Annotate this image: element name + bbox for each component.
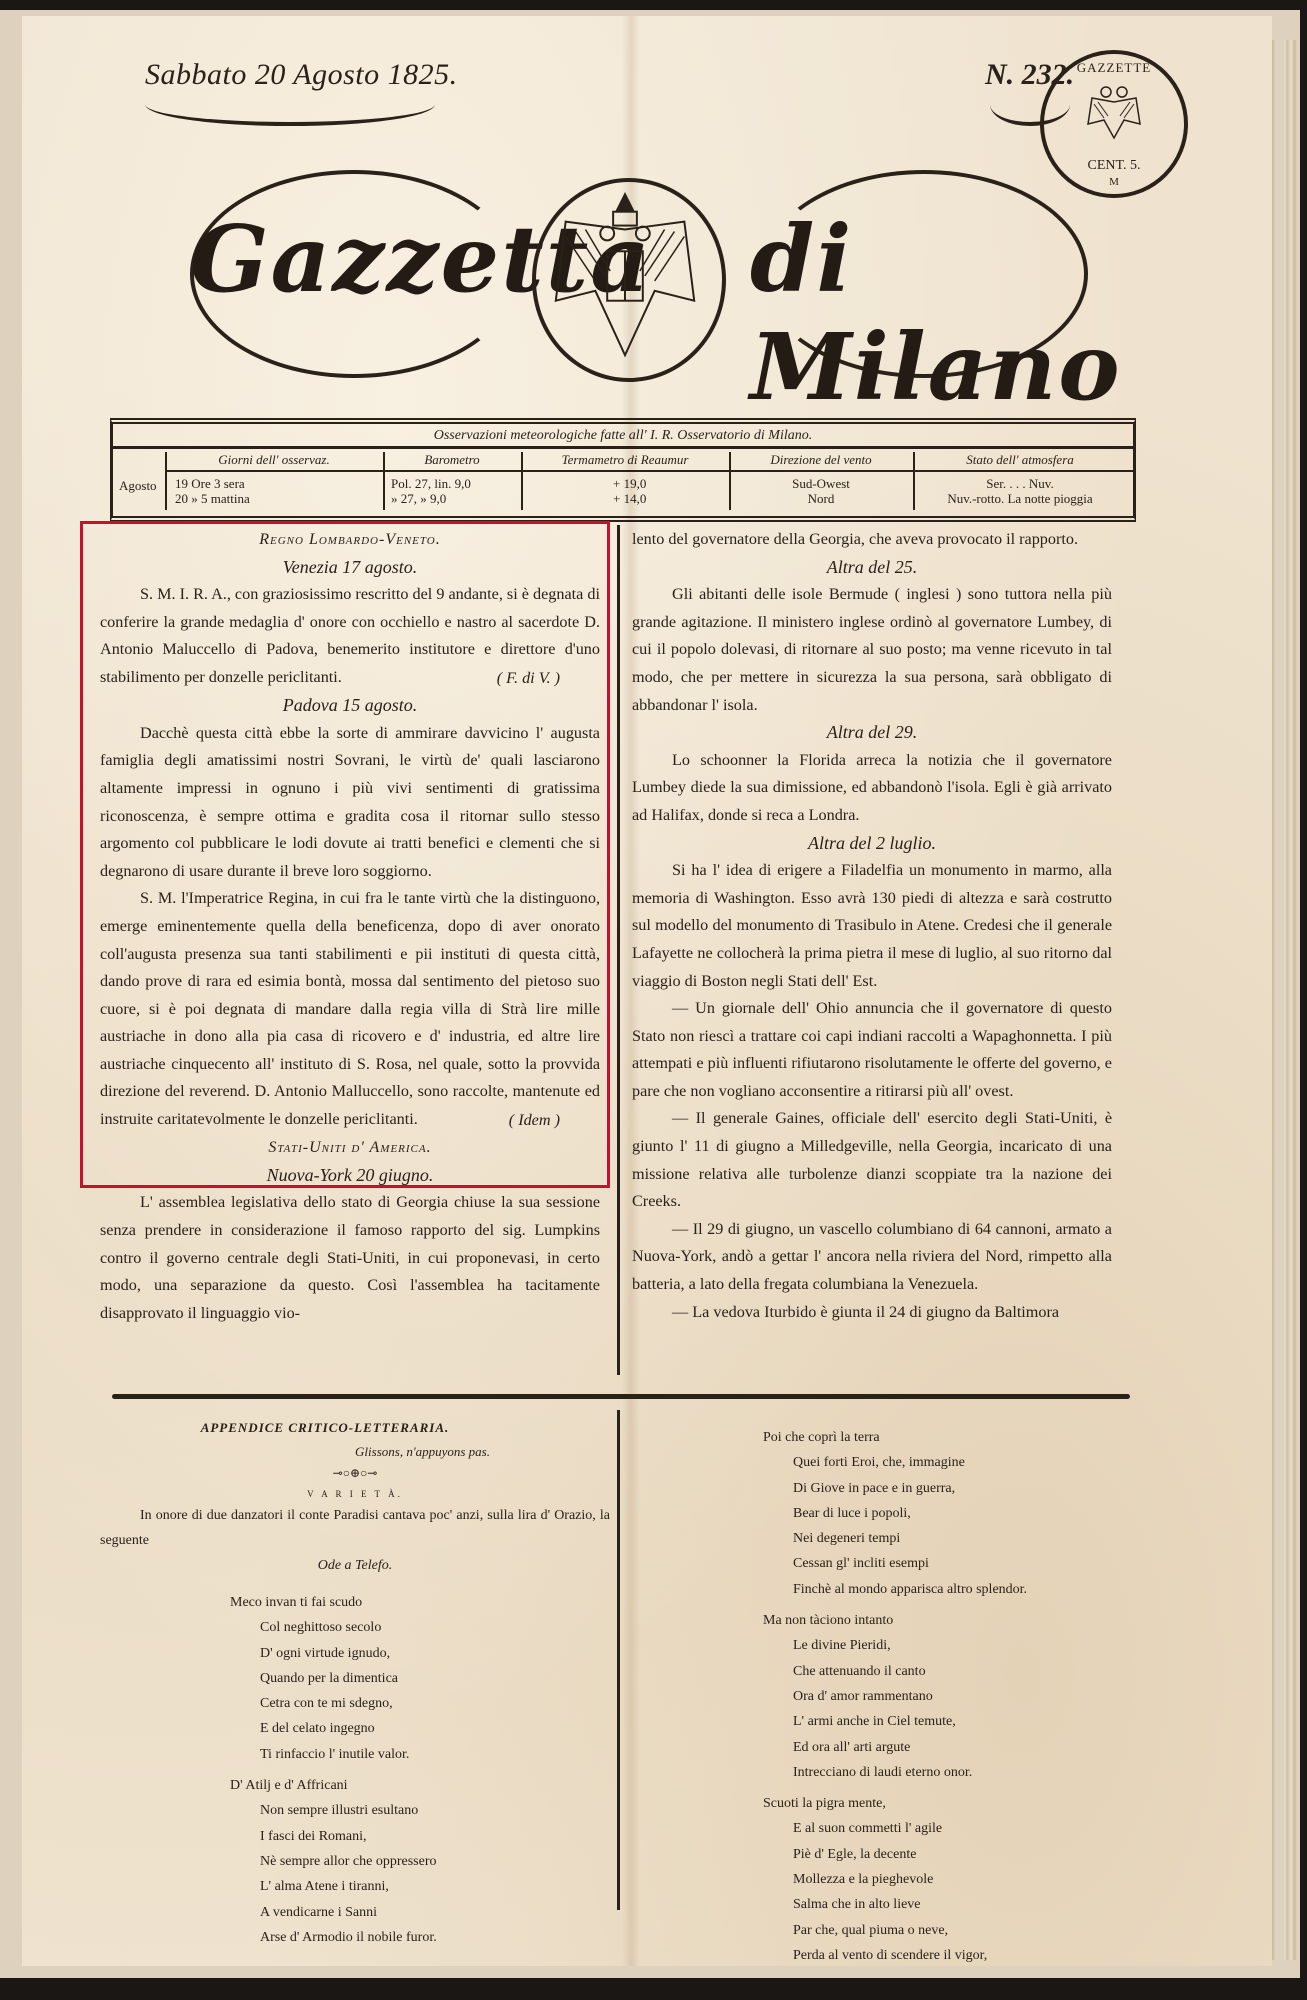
appendix-divider <box>112 1394 1130 1399</box>
column-divider <box>617 525 620 1375</box>
row2-wind: Nord <box>729 491 913 506</box>
poem-line: Par che, qual piuma o neve, <box>793 1918 1027 1943</box>
varieta-heading: V A R I E T À. <box>100 1489 610 1499</box>
article-paragraph: Si ha l' idea di erigere a Filadelfia un… <box>632 857 1112 995</box>
poem-line: Intrecciano di laudi eterno onor. <box>793 1760 1027 1785</box>
ode-title: Ode a Telefo. <box>100 1553 610 1578</box>
right-column: lento del governatore della Georgia, che… <box>632 526 1112 1326</box>
appendix-column-divider <box>617 1410 620 1910</box>
poem-line: I fasci dei Romani, <box>260 1824 437 1849</box>
header-atmosphere: Stato dell' atmosfera <box>913 452 1127 468</box>
poem-line: Ti rinfaccio l' inutile valor. <box>260 1742 437 1767</box>
poem-line: E del celato ingegno <box>260 1716 437 1741</box>
article-paragraph: lento del governatore della Georgia, che… <box>632 526 1112 554</box>
article-paragraph: — Il 29 di giugno, un vascello columbian… <box>632 1216 1112 1299</box>
poem-right: Poi che coprì la terraQuei forti Eroi, c… <box>763 1425 1027 1968</box>
poem-line: Quei forti Eroi, che, immagine <box>793 1450 1027 1475</box>
header-barometer: Barometro <box>383 452 521 468</box>
appendix-intro: In onore di due danzatori il conte Parad… <box>100 1503 610 1553</box>
place-heading-altra-29: Altra del 29. <box>632 719 1112 747</box>
article-paragraph: — Un giornale dell' Ohio annuncia che il… <box>632 995 1112 1105</box>
poem-line: Ma non tàciono intanto <box>763 1608 1027 1633</box>
appendix-left: APPENDICE CRITICO-LETTERARIA. Glissons, … <box>100 1420 610 1578</box>
poem-line: Scuoti la pigra mente, <box>763 1791 1027 1816</box>
poem-line: Che attenuando il canto <box>793 1659 1027 1684</box>
appendix-motto: Glissons, n'appuyons pas. <box>100 1444 490 1460</box>
article-paragraph: — La vedova Iturbido è giunta il 24 di g… <box>632 1299 1112 1327</box>
highlight-box <box>80 521 610 1188</box>
imperial-crest <box>532 178 726 382</box>
weather-observations-table: Osservazioni meteorologiche fatte all' I… <box>110 418 1136 522</box>
poem-line: Cetra con te mi sdegno, <box>260 1691 437 1716</box>
poem-line: Quando per la dimentica <box>260 1666 437 1691</box>
poem-line: Cessan gl' incliti esempi <box>793 1551 1027 1576</box>
page-edge <box>1284 40 1298 1960</box>
austrian-eagle-icon <box>536 182 714 370</box>
poem-line: Finchè al mondo apparisca altro splendor… <box>793 1577 1027 1602</box>
article-paragraph: L' assemblea legislativa dello stato di … <box>100 1189 600 1327</box>
poem-line: L' alma Atene i tiranni, <box>260 1874 437 1899</box>
masthead: Gazzetta di Milano <box>160 150 1110 400</box>
row2-atmosphere: Nuv.-rotto. La notte pioggia <box>913 491 1127 506</box>
article-paragraph: — Il generale Gaines, officiale dell' es… <box>632 1105 1112 1215</box>
poem-line: Nei degeneri tempi <box>793 1526 1027 1551</box>
poem-left: Meco invan ti fai scudoCol neghittoso se… <box>230 1590 437 1950</box>
poem-line: Mollezza e la pieghevole <box>793 1867 1027 1892</box>
poem-line: Di Giove in pace e in guerra, <box>793 1476 1027 1501</box>
weather-month: Agosto <box>119 478 157 493</box>
poem-line: Ed ora all' arti argute <box>793 1735 1027 1760</box>
row1-day: 19 Ore 3 sera <box>175 476 245 491</box>
appendix-title: APPENDICE CRITICO-LETTERARIA. <box>40 1420 610 1436</box>
poem-line: Non sempre illustri esultano <box>260 1798 437 1823</box>
poem-line: L' armi anche in Ciel temute, <box>793 1709 1027 1734</box>
poem-line: Col neghittoso secolo <box>260 1615 437 1640</box>
ornament-divider: ⊸○⊕○⊸ <box>100 1466 610 1481</box>
poem-line: Perda al vento di scendere il vigor, <box>793 1943 1027 1968</box>
poem-line: D' ogni virtude ignudo, <box>260 1641 437 1666</box>
poem-line: A vendicarne i Sanni <box>260 1900 437 1925</box>
poem-line: E al suon commetti l' agile <box>793 1816 1027 1841</box>
stamp-top-text: GAZZETTE <box>1044 60 1184 76</box>
poem-line: Bear di luce i popoli, <box>793 1501 1027 1526</box>
dateline: Sabbato 20 Agosto 1825. <box>145 58 458 92</box>
row2-barometer: » 27, » 9,0 <box>391 491 446 506</box>
poem-line: Arse d' Armodio il nobile furor. <box>260 1925 437 1950</box>
poem-line: Ora d' amor rammentano <box>793 1684 1027 1709</box>
poem-line: Meco invan ti fai scudo <box>230 1590 437 1615</box>
article-paragraph: Lo schoonner la Florida arreca la notizi… <box>632 747 1112 830</box>
header-thermometer: Termametro di Reaumur <box>521 452 729 468</box>
poem-line: Piè d' Egle, la decente <box>793 1842 1027 1867</box>
poem-line: Poi che coprì la terra <box>763 1425 1027 1450</box>
poem-line: D' Atilj e d' Affricani <box>230 1773 437 1798</box>
poem-line: Salma che in alto lieve <box>793 1892 1027 1917</box>
masthead-title-right: di Milano <box>750 205 1122 421</box>
row2-thermometer: + 14,0 <box>613 491 646 506</box>
poem-line: Nè sempre allor che oppressero <box>260 1849 437 1874</box>
row2-day: 20 » 5 mattina <box>175 491 250 506</box>
double-eagle-icon <box>1084 84 1144 144</box>
weather-caption: Osservazioni meteorologiche fatte all' I… <box>113 428 1133 449</box>
article-paragraph: Gli abitanti delle isole Bermude ( ingle… <box>632 581 1112 719</box>
row1-atmosphere: Ser. . . . Nuv. <box>913 476 1127 491</box>
header-wind: Direzione del vento <box>729 452 913 468</box>
header-days: Giorni dell' osservaz. <box>165 452 383 468</box>
row1-barometer: Pol. 27, lin. 9,0 <box>391 476 471 491</box>
place-heading-altra-25: Altra del 25. <box>632 554 1112 582</box>
place-heading-altra-2-luglio: Altra del 2 luglio. <box>632 830 1112 858</box>
row1-thermometer: + 19,0 <box>613 476 646 491</box>
poem-line: Le divine Pieridi, <box>793 1633 1027 1658</box>
row1-wind: Sud-Owest <box>729 476 913 491</box>
